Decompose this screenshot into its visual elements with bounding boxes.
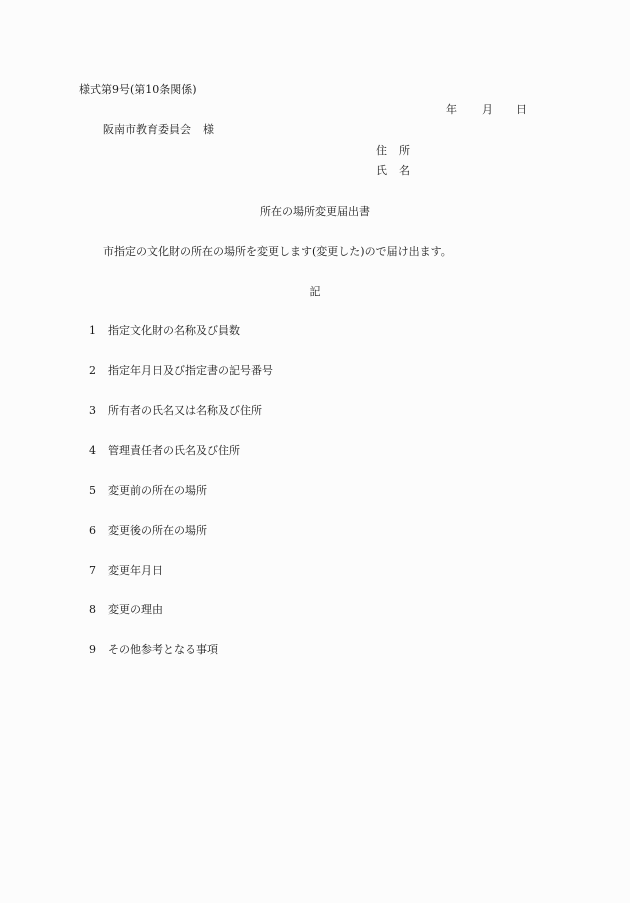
document-title: 所在の場所変更届出書: [0, 205, 630, 219]
item-label: 所有者の氏名又は名称及び住所: [108, 404, 262, 417]
item-label: その他参考となる事項: [108, 643, 218, 656]
item-number: 2: [89, 364, 108, 378]
item-number: 4: [89, 444, 108, 458]
address-label-char-2: 所: [399, 144, 410, 157]
item-number: 5: [89, 484, 108, 498]
list-item: 6変更後の所在の場所: [89, 524, 207, 538]
statement: 市指定の文化財の所在の場所を変更します(変更した)ので届け出ます。: [103, 245, 452, 259]
addressee: 阪南市教育委員会様: [103, 123, 214, 137]
address-label-char-1: 住: [376, 144, 387, 157]
date-month-label: 月: [482, 103, 493, 117]
item-label: 指定文化財の名称及び員数: [108, 324, 240, 337]
item-number: 7: [89, 564, 108, 578]
list-item: 3所有者の氏名又は名称及び住所: [89, 404, 262, 418]
item-number: 1: [89, 324, 108, 338]
list-item: 5変更前の所在の場所: [89, 484, 207, 498]
list-item: 8変更の理由: [89, 603, 163, 617]
addressee-honorific: 様: [203, 123, 214, 136]
date-year-label: 年: [446, 103, 457, 117]
list-item: 4管理責任者の氏名及び住所: [89, 444, 240, 458]
list-item: 1指定文化財の名称及び員数: [89, 324, 240, 338]
addressee-name: 阪南市教育委員会: [103, 123, 191, 136]
list-item: 2指定年月日及び指定書の記号番号: [89, 364, 273, 378]
item-number: 8: [89, 603, 108, 617]
ki-text: 記: [310, 285, 321, 298]
name-label-char-1: 氏: [376, 164, 387, 177]
list-item: 7変更年月日: [89, 564, 163, 578]
applicant-name-label: 氏名: [376, 164, 410, 178]
ki-heading: 記: [0, 285, 630, 299]
item-label: 変更後の所在の場所: [108, 524, 207, 537]
document-title-text: 所在の場所変更届出書: [260, 205, 370, 218]
item-label: 変更の理由: [108, 603, 163, 616]
item-number: 3: [89, 404, 108, 418]
applicant-address-label: 住所: [376, 144, 410, 158]
item-label: 管理責任者の氏名及び住所: [108, 444, 240, 457]
item-number: 9: [89, 643, 108, 657]
item-label: 指定年月日及び指定書の記号番号: [108, 364, 273, 377]
name-label-char-2: 名: [399, 164, 410, 177]
form-number: 様式第9号(第10条関係): [79, 83, 197, 97]
date-day-label: 日: [516, 103, 527, 117]
item-label: 変更年月日: [108, 564, 163, 577]
item-number: 6: [89, 524, 108, 538]
list-item: 9その他参考となる事項: [89, 643, 218, 657]
date-line: 年 月 日: [0, 103, 630, 117]
item-label: 変更前の所在の場所: [108, 484, 207, 497]
